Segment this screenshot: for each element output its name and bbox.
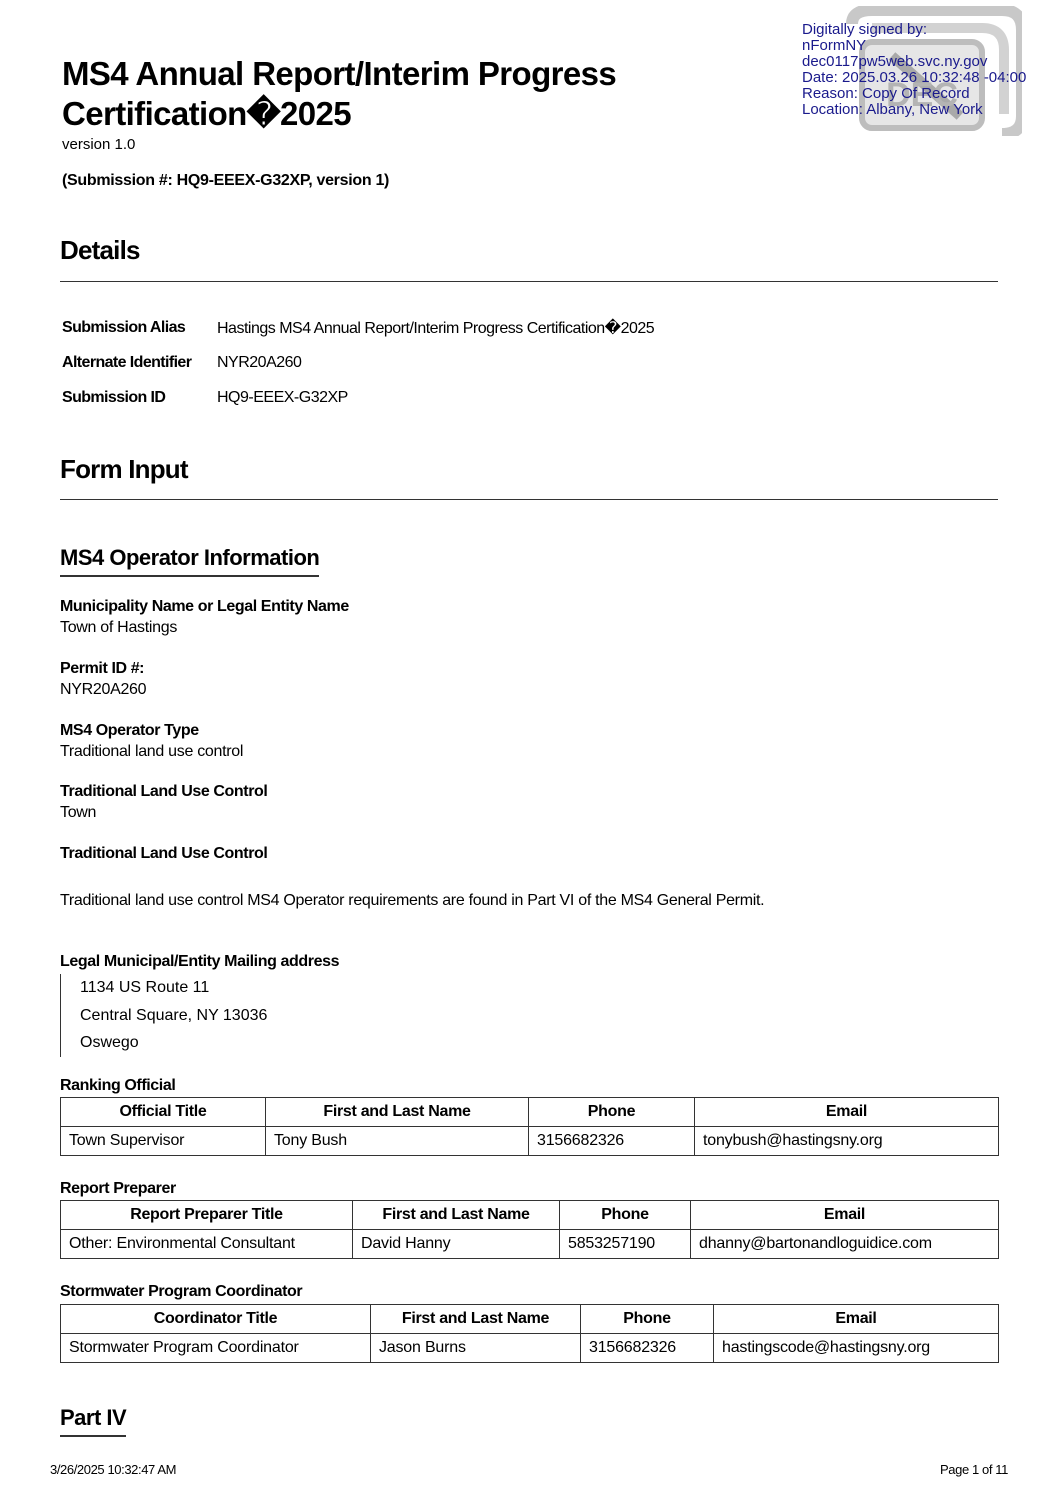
mailing-address-label: Legal Municipal/Entity Mailing address [60,953,339,971]
column-header: Official Title [61,1098,266,1127]
details-label: Alternate Identifier [62,354,217,372]
field-label-municipality: Municipality Name or Legal Entity Name [60,598,349,616]
footer-page-number: Page 1 of 11 [940,1462,1008,1477]
address-line: 1134 US Route 11 [80,974,267,1002]
table-cell: tonybush@hastingsny.org [695,1127,999,1156]
table-cell: Town Supervisor [61,1127,266,1156]
stormwater-coordinator-table: Coordinator Title First and Last Name Ph… [60,1304,999,1363]
divider [60,499,998,500]
table-cell: dhanny@bartonandloguidice.com [691,1230,999,1259]
table-row: Town Supervisor Tony Bush 3156682326 ton… [61,1127,999,1156]
signature-line: Location: Albany, New York [802,102,1026,118]
report-preparer-table: Report Preparer Title First and Last Nam… [60,1200,999,1259]
table-cell: Tony Bush [266,1127,529,1156]
footer-timestamp: 3/26/2025 10:32:47 AM [50,1462,176,1477]
column-header: First and Last Name [371,1305,581,1334]
table-header-row: Official Title First and Last Name Phone… [61,1098,999,1127]
signature-line: Date: 2025.03.26 10:32:48 -04:00 [802,70,1026,86]
ranking-official-table: Official Title First and Last Name Phone… [60,1097,999,1156]
table-cell: 3156682326 [529,1127,695,1156]
column-header: Phone [529,1098,695,1127]
part-iv-heading: Part IV [60,1405,126,1437]
column-header: Phone [581,1305,714,1334]
table-header-row: Coordinator Title First and Last Name Ph… [61,1305,999,1334]
table-cell: Other: Environmental Consultant [61,1230,353,1259]
field-value-municipality: Town of Hastings [60,619,177,637]
address-line: Central Square, NY 13036 [80,1002,267,1030]
details-value: NYR20A260 [217,354,301,372]
report-preparer-label: Report Preparer [60,1180,176,1198]
details-value: HQ9-EEEX-G32XP [217,389,348,407]
form-input-heading: Form Input [60,454,188,485]
table-cell: Stormwater Program Coordinator [61,1334,371,1363]
details-row: Alternate Identifier NYR20A260 [62,345,654,380]
signature-line: Digitally signed by: [802,22,1026,38]
table-cell: hastingscode@hastingsny.org [714,1334,999,1363]
digital-signature-stamp: DEC Digitally signed by: nFormNY dec0117… [802,6,1058,136]
address-line: Oswego [80,1029,267,1057]
column-header: Coordinator Title [61,1305,371,1334]
field-label-operator-type: MS4 Operator Type [60,722,199,740]
field-label-land-use-control-2: Traditional Land Use Control [60,845,267,863]
column-header: First and Last Name [266,1098,529,1127]
table-cell: Jason Burns [371,1334,581,1363]
signature-line: nFormNY [802,38,1026,54]
table-header-row: Report Preparer Title First and Last Nam… [61,1201,999,1230]
table-row: Stormwater Program Coordinator Jason Bur… [61,1334,999,1363]
field-value-operator-type: Traditional land use control [60,743,243,761]
stormwater-coordinator-label: Stormwater Program Coordinator [60,1283,302,1301]
table-cell: 5853257190 [560,1230,691,1259]
details-row: Submission ID HQ9-EEEX-G32XP [62,380,654,415]
mailing-address: 1134 US Route 11 Central Square, NY 1303… [60,974,267,1057]
document-version: version 1.0 [62,136,135,153]
document-title: MS4 Annual Report/Interim Progress Certi… [62,54,762,134]
details-table: Submission Alias Hastings MS4 Annual Rep… [62,310,654,415]
column-header: Report Preparer Title [61,1201,353,1230]
column-header: Phone [560,1201,691,1230]
field-value-permit-id: NYR20A260 [60,681,146,699]
signature-line: dec0117pw5web.svc.ny.gov [802,54,1026,70]
operator-requirements-note: Traditional land use control MS4 Operato… [60,892,764,910]
divider [60,281,998,282]
ranking-official-label: Ranking Official [60,1077,175,1095]
table-row: Other: Environmental Consultant David Ha… [61,1230,999,1259]
signature-text: Digitally signed by: nFormNY dec0117pw5w… [802,22,1026,118]
field-label-permit-id: Permit ID #: [60,660,144,678]
column-header: Email [714,1305,999,1334]
details-label: Submission ID [62,389,217,407]
table-cell: 3156682326 [581,1334,714,1363]
table-cell: David Hanny [353,1230,560,1259]
column-header: Email [691,1201,999,1230]
details-value: Hastings MS4 Annual Report/Interim Progr… [217,318,654,338]
details-label: Submission Alias [62,319,217,337]
details-row: Submission Alias Hastings MS4 Annual Rep… [62,310,654,345]
field-value-land-use-control: Town [60,804,96,822]
column-header: Email [695,1098,999,1127]
field-label-land-use-control: Traditional Land Use Control [60,783,267,801]
details-heading: Details [60,235,140,266]
signature-line: Reason: Copy Of Record [802,86,1026,102]
operator-info-heading: MS4 Operator Information [60,545,319,577]
submission-number: (Submission #: HQ9-EEEX-G32XP, version 1… [62,172,389,190]
column-header: First and Last Name [353,1201,560,1230]
